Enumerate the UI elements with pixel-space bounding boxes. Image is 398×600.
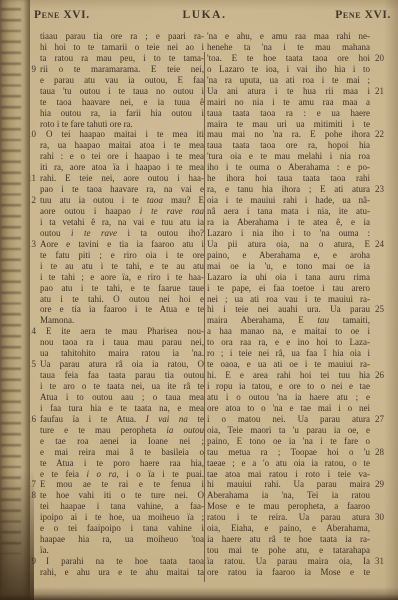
verse-number <box>370 534 396 545</box>
text-line: nei ; ua ati roa vau i te mauiui ra- <box>207 294 396 305</box>
verse-text: hi i teie nei auahi ura. Ua parau <box>207 304 370 315</box>
verse-text: te fatu piti ; e riro oia i te ore <box>40 250 204 261</box>
text-line: Mose e te mau peropheta, a faaroo <box>207 501 396 512</box>
text-line: iho i te ouma o Aberahama : e po- <box>207 162 396 173</box>
verse-number <box>370 140 396 151</box>
verse-number <box>370 545 396 556</box>
text-line: 'na ra uputa, ua ati roa i te mai ; <box>207 75 396 86</box>
text-line: Lazaro i nia iho i to 'na ouma : <box>207 228 396 239</box>
verse-text: o Lazaro te ioa, i vai iho hia i to <box>207 64 370 75</box>
text-line: e o tei faaipoipo i tana vahine i <box>20 523 204 534</box>
verse-text: mairi no nia i te amu raa maa a <box>207 97 370 108</box>
text-line: a haa manao na, e maitai to oe i <box>207 326 396 337</box>
running-head-right: Pene XVI. <box>335 9 391 21</box>
verse-number <box>370 337 396 348</box>
text-line: hi hoi to te tamarii o teie nei ao i <box>20 42 204 53</box>
text-line: e tae roa aenei ia Ioane nei ; <box>20 436 204 447</box>
running-head-left: Pene XVI. <box>34 9 90 21</box>
text-line: hi i teie nei auahi ura. Ua parau25 <box>207 304 396 315</box>
verse-text: te Atua i te poro haere raa hia, <box>40 458 204 469</box>
verse-text: nâ aera i tana mata i nia, ite atu- <box>207 206 370 217</box>
text-line: pao i te taoa haavare ra, na vai e <box>20 184 204 195</box>
verse-number <box>370 283 396 294</box>
verse-number <box>370 151 396 162</box>
verse-number <box>370 523 396 534</box>
verse-text: atu i te tahi. O outou nei hoi e <box>40 294 204 305</box>
verse-text: oia, Eiaha, e paino, e Aberahama, <box>207 523 370 534</box>
text-line: 11rahi. E teie nei, aore outou i haa- <box>20 173 204 184</box>
text-line: e parau atu vau ia outou, E faa <box>20 75 204 86</box>
verse-number: 24 <box>370 239 396 250</box>
text-line: i te pape, ei faa toetoe i tau arero <box>207 283 396 294</box>
verse-text: taeae ; e a 'o atu oia ia ratou, o te <box>207 458 370 469</box>
text-line: he ihora hoi taua taata taoa rahi <box>207 173 396 184</box>
text-line: e te feia i o ra, i o ïa i te puai. <box>20 469 204 480</box>
verse-number <box>370 348 396 359</box>
verse-text: ïa. <box>40 545 204 556</box>
verse-text: tei haapae i tana vahine, a faa- <box>40 501 204 512</box>
verse-number <box>370 173 396 184</box>
text-line: taua taata taoa ore ra, hopoi hia <box>207 140 396 151</box>
verse-number: 26 <box>370 370 396 381</box>
verse-text: te taoa haavare nei, e ia tuua ê <box>40 97 204 108</box>
text-line: iti ra, aore atoa ïa i haapao i te mea <box>20 162 204 173</box>
verse-number <box>370 403 396 414</box>
verse-number <box>370 458 396 469</box>
verse-text: O tei haapao maitai i te mea iti <box>40 129 204 140</box>
text-line: te taoa haavare nei, e ia tuua ê <box>20 97 204 108</box>
verse-number <box>370 315 396 326</box>
verse-text: e tae roa aenei ia Ioane nei ; <box>40 436 204 447</box>
text-line: i o matou nei. Ua parau atura27 <box>207 414 396 425</box>
text-line: 12tuu atu ia outou i te taoa mau? E <box>20 195 204 206</box>
text-line: ipoipo ai i te hoe, ua moiheuo ïa ; <box>20 512 204 523</box>
text-line: ia haere atu râ te hoe taata ia ra- <box>207 534 396 545</box>
verse-text: Mose e te mau peropheta, a faaroo <box>207 501 370 512</box>
verse-text: i te pape, ei faa toetoe i tau arero <box>207 283 370 294</box>
verse-text: ta ratou ra mau peu, i to te tama- <box>40 53 204 64</box>
text-line: henehe ta 'na i te mau mahana <box>207 42 396 53</box>
verse-text: e mai reira mai â te basileia o <box>40 447 204 458</box>
verse-text: ipoipo ai i te hoe, ua moiheuo ïa ; <box>40 512 204 523</box>
verse-text: henehe ta 'na i te mau mahana <box>207 42 370 53</box>
text-line: i ta vetahi ê ra, na vai e tuu atu ia <box>20 217 204 228</box>
text-line: oia, Eiaha, e paino, e Aberahama, <box>207 523 396 534</box>
verse-text: oia i te mauiui rahi i hade, ua nâ- <box>207 195 370 206</box>
verse-text: i ta vetahi ê ra, na vai e tuu atu ia <box>40 217 204 228</box>
text-line: roto i te fare tahuti ore ra. <box>20 119 204 130</box>
verse-number <box>370 436 396 447</box>
verse-text: taua 'tu outou i te taua no outou i <box>40 86 204 97</box>
verse-number <box>370 119 396 130</box>
verse-text: tau metua ra ; Toopae hoi o 'u <box>207 447 370 458</box>
verse-number <box>370 75 396 86</box>
verse-text: ra, e tanu hia ihora ; E ati atura <box>207 184 370 195</box>
verse-text: maira Aberahama, E tau tamaiti, <box>207 315 370 326</box>
text-line: i ropu ia tatou, e ore to o nei e tae <box>207 381 396 392</box>
verse-number <box>370 490 396 501</box>
text-line: mai oe ia 'u, e tono mai oe ia <box>207 261 396 272</box>
text-line: ore e tia ia faaroo i te Atua e te <box>20 304 204 315</box>
text-line: to ora raa ra, e e ino hoi to Laza- <box>207 337 396 348</box>
verse-text: ia haere atu râ te hoe taata ia ra- <box>207 534 370 545</box>
verse-text: oia, Teie maori ta 'u parau ia oe, e <box>207 425 370 436</box>
text-line: taua taata taoa ra : e ua haere <box>207 108 396 119</box>
verse-number: 21 <box>370 86 396 97</box>
verse-text: faufau ïa i te Atua. I vai na te <box>40 414 204 425</box>
verse-text: ra ia Aberahama i te atea ê, e ia <box>207 217 370 228</box>
text-line: i te au atu i te tahi, e te au atu <box>20 261 204 272</box>
verse-text: rahi, e ahu ura e te ahu maitai ta <box>40 567 204 578</box>
verse-number: 30 <box>370 512 396 523</box>
verse-number <box>370 326 396 337</box>
verse-text: hi mauiui rahi. Ua parau maira <box>207 479 370 490</box>
text-line: Atua i to outou aau ; o taua mea <box>20 392 204 403</box>
verse-text: ratou i te reira. Ua parau atura <box>207 512 370 523</box>
verse-text: e o tei faaipoipo i tana vahine i <box>40 523 204 534</box>
verse-number: 29 <box>370 479 396 490</box>
verse-text: rahi. E teie nei, aore outou i haa- <box>40 173 204 184</box>
text-line: te oaoa, e ua ati oe i te mauiui ra- <box>207 359 396 370</box>
verse-text: Lazaro i nia iho i to 'na ouma : <box>207 228 370 239</box>
text-line: rahi : e o tei ore i haapao i te mea <box>20 151 204 162</box>
verse-text: a haa manao na, e maitai to oe i <box>207 326 370 337</box>
verse-text: hi hoi to te tamarii o teie nei ao i <box>40 42 204 53</box>
verse-number <box>370 567 396 578</box>
verse-text: te hoe vahi iti o te ture nei. O <box>40 490 204 501</box>
text-line: rahi, e ahu ura e te ahu maitai ta <box>20 567 204 578</box>
text-line: atu i o outou 'na ia haere atu ; e <box>207 392 396 403</box>
verse-text: aore outou i haapao i te rave raa <box>40 206 204 217</box>
text-line: atu i te tahi. O outou nei hoi e <box>20 294 204 305</box>
verse-number <box>370 217 396 228</box>
verse-text: Lazaro ia uhi oia i tana auru rima <box>207 272 370 283</box>
verse-text: iho i te ouma o Aberahama : e po- <box>207 162 370 173</box>
verse-text: atu i o outou 'na ia haere atu ; e <box>207 392 370 403</box>
verse-text: Atua i to outou aau ; o taua mea <box>40 392 204 403</box>
text-line: 'tura oia e te mau melahi i nia roa <box>207 151 396 162</box>
text-line: 'toa. E te hoe taata taoa ore hoi20 <box>207 53 396 64</box>
verse-number <box>370 261 396 272</box>
text-line: paino, E tono oe ia 'na i te fare o <box>207 436 396 447</box>
verse-number <box>370 162 396 173</box>
text-line: te Atua i te poro haere raa hia, <box>20 458 204 469</box>
verse-number: 23 <box>370 184 396 195</box>
text-line: 10O tei haapao maitai i te mea iti <box>20 129 204 140</box>
text-line: ratou i te reira. Ua parau atura30 <box>207 512 396 523</box>
verse-text: Aberahama ia 'na, Tei ia ratou <box>207 490 370 501</box>
verse-number: 20 <box>370 53 396 64</box>
verse-number: 22 <box>370 129 396 140</box>
text-line: tiaau parau tia ore ra ; e paari ra- <box>20 31 204 42</box>
verse-text: hia outou ra, ia farii hia outou i <box>40 108 204 119</box>
verse-text: 'na ra uputa, ua ati roa i te mai ; <box>207 75 370 86</box>
verse-text: E mou ae te rai e te fenua i <box>40 479 204 490</box>
verse-text: tuu atu ia outou i te taoa mau? E <box>40 195 204 206</box>
text-line: te fatu piti ; e riro oia i te ore <box>20 250 204 261</box>
verse-text: i o matou nei. Ua parau atura <box>207 414 370 425</box>
verse-number <box>370 228 396 239</box>
verse-number <box>370 501 396 512</box>
text-line: tei haapae i tana vahine, a faa- <box>20 501 204 512</box>
text-line: ore ratou ia faaroo ia Mose e te <box>207 567 396 578</box>
verse-text: ro ; i teie nei râ, ua faa î hia oia i <box>207 348 370 359</box>
text-line: ra ia Aberahama i te atea ê, e ia <box>207 217 396 228</box>
text-line: nou taoa ra i taua mau parau nei, <box>20 337 204 348</box>
text-line: 'na e ahu, e amu raa maa rahi ne- <box>207 31 396 42</box>
verse-number <box>370 64 396 75</box>
verse-text: pao i te taoa haavare ra, na vai e <box>40 184 204 195</box>
text-line: ïa. <box>20 545 204 556</box>
verse-text: to ora raa ra, e e ino hoi to Laza- <box>207 337 370 348</box>
text-line: i te tahi ; e aore ïa, e riro i te haa- <box>20 272 204 283</box>
verse-number <box>370 97 396 108</box>
verse-number <box>370 31 396 42</box>
running-head: Pene XVI. LUKA. Pene XVI. <box>34 9 391 24</box>
verse-text: tae atoa mai ratou i roto i teie va- <box>207 469 370 480</box>
verse-number <box>370 392 396 403</box>
text-line: haapae hia ra, ua moiheuo 'toa <box>20 534 204 545</box>
verse-text: he ihora hoi taua taata taoa rahi <box>207 173 370 184</box>
verse-text: ïa ratou. Ua parau maira oia, Ia <box>207 556 370 567</box>
verse-number <box>370 108 396 119</box>
verse-text: 'na e ahu, e amu raa maa rahi ne- <box>207 31 370 42</box>
verse-text: tou mai te pohe atu, e tatarahapa <box>207 545 370 556</box>
verse-number <box>370 359 396 370</box>
text-line: 9rii o te maramarama. E teie nei, <box>20 64 204 75</box>
verse-text: e parau atu vau ia outou, E faa <box>40 75 204 86</box>
verse-number <box>370 195 396 206</box>
verse-number <box>370 294 396 305</box>
verse-text: outou i te rave i ta outou iho? <box>40 228 204 239</box>
text-line: nâ aera i tana mata i nia, ite atu- <box>207 206 396 217</box>
verse-text: Ua ani atura i te hua rii maa i <box>207 86 370 97</box>
verse-text: roto i te fare tahuti ore ra. <box>40 119 204 130</box>
verse-text: haapae hia ra, ua moiheuo 'toa <box>40 534 204 545</box>
verse-text: Aore e tavini e tia ia faaroo atu i <box>40 239 204 250</box>
verse-text: E ite aera te mau Pharisea nou- <box>40 326 204 337</box>
right-text-column: 'na e ahu, e amu raa maa rahi ne-henehe … <box>207 31 396 578</box>
text-line: 14E ite aera te mau Pharisea nou- <box>20 326 204 337</box>
text-line: Mamona. <box>20 315 204 326</box>
book-page: Pene XVI. LUKA. Pene XVI. tiaau parau ti… <box>0 0 398 600</box>
verse-text: maira te mau uri ua mitimiti i te <box>207 119 370 130</box>
verse-text: iti ra, aore atoa ïa i haapao i te mea <box>40 162 204 173</box>
verse-text: taua taata taoa ra : e ua haere <box>207 108 370 119</box>
verse-text: taua taata taoa ore ra, hopoi hia <box>207 140 370 151</box>
verse-text: i te tahi ; e aore ïa, e riro i te haa- <box>40 272 204 283</box>
verse-number: 27 <box>370 414 396 425</box>
text-line: tou mai te pohe atu, e tatarahapa <box>207 545 396 556</box>
verse-text: Ua parau atura râ oia ia ratou, O <box>40 359 204 370</box>
verse-text: mai oe ia 'u, e tono mai oe ia <box>207 261 370 272</box>
text-line: i te aro o te taata nei, ua ite râ te <box>20 381 204 392</box>
verse-text: paino, E tono oe ia 'na i te fare o <box>207 436 370 447</box>
column-divider-rule <box>204 52 205 582</box>
verse-number <box>370 206 396 217</box>
verse-number: 28 <box>370 447 396 458</box>
text-line: o Lazaro te ioa, i vai iho hia i to <box>207 64 396 75</box>
verse-text: i te au atu i te tahi, e te au atu <box>40 261 204 272</box>
text-line: ua tahitohito maira ratou ia 'na. <box>20 348 204 359</box>
verse-number <box>370 250 396 261</box>
text-line: 18te hoe vahi iti o te ture nei. O <box>20 490 204 501</box>
text-line: ture e te mau peropheta ia outou <box>20 425 204 436</box>
verse-text: ore e tia ia faaroo i te Atua e te <box>40 304 204 315</box>
text-line: 19I parahi na te hoe taata taoa <box>20 556 204 567</box>
verse-text: ua tahitohito maira ratou ia 'na. <box>40 348 204 359</box>
verse-text: nei ; ua ati roa vau i te mauiui ra- <box>207 294 370 305</box>
verse-text: 'tura oia e te mau melahi i nia roa <box>207 151 370 162</box>
text-line: aore outou i haapao i te rave raa <box>20 206 204 217</box>
verse-number: 25 <box>370 304 396 315</box>
text-line: taeae ; e a 'o atu oia ia ratou, o te <box>207 458 396 469</box>
verse-text: hi. E e area rahi hoi tei tuu hia <box>207 370 370 381</box>
text-line: Ua pii atura oia, na o atura, E24 <box>207 239 396 250</box>
text-line: i faa tura hia e te taata na, e mea <box>20 403 204 414</box>
verse-text: Mamona. <box>40 315 204 326</box>
text-line: oia, Teie maori ta 'u parau ia oe, e <box>207 425 396 436</box>
text-line: ra, e tanu hia ihora ; E ati atura23 <box>207 184 396 195</box>
text-line: hia outou ra, ia farii hia outou i <box>20 108 204 119</box>
verse-text: te oaoa, e ua ati oe i te mauiui ra- <box>207 359 370 370</box>
text-line: Ua ani atura i te hua rii maa i21 <box>207 86 396 97</box>
verse-text: ra, ua haapao maitai atoa i te mea <box>40 140 204 151</box>
verse-text: e te feia i o ra, i o ïa i te puai. <box>40 469 204 480</box>
text-line: ra, ua haapao maitai atoa i te mea <box>20 140 204 151</box>
text-line: mau mai no 'na ra. E pohe ihora22 <box>207 129 396 140</box>
verse-text: ture e te mau peropheta ia outou <box>40 425 204 436</box>
verse-number <box>370 469 396 480</box>
verse-text: Ua pii atura oia, na o atura, E <box>207 239 370 250</box>
text-line: taua 'tu outou i te taua no outou i <box>20 86 204 97</box>
text-line: maira te mau uri ua mitimiti i te <box>207 119 396 130</box>
text-line: 16faufau ïa i te Atua. I vai na te <box>20 414 204 425</box>
verse-text: ore ratou ia faaroo ia Mose e te <box>207 567 370 578</box>
verse-text: i faa tura hia e te taata na, e mea <box>40 403 204 414</box>
text-line: tae atoa mai ratou i roto i teie va- <box>207 469 396 480</box>
text-line: ro ; i teie nei râ, ua faa î hia oia i <box>207 348 396 359</box>
text-line: taua feia faa taata parau tia outou <box>20 370 204 381</box>
text-line: hi mauiui rahi. Ua parau maira29 <box>207 479 396 490</box>
running-head-title: LUKA. <box>182 9 226 21</box>
adjacent-page-edge <box>0 0 30 600</box>
text-line: tau metua ra ; Toopae hoi o 'u28 <box>207 447 396 458</box>
verse-text: i te aro o te taata nei, ua ite râ te <box>40 381 204 392</box>
text-line: paino, e Aberahama e, e aroha <box>207 250 396 261</box>
text-line: ïa ratou. Ua parau maira oia, Ia31 <box>207 556 396 567</box>
text-line: Aberahama ia 'na, Tei ia ratou <box>207 490 396 501</box>
text-line: e mai reira mai â te basileia o <box>20 447 204 458</box>
text-line: pao atu i te tahi, e te faarue taue <box>20 283 204 294</box>
verse-text: nou taoa ra i taua mau parau nei, <box>40 337 204 348</box>
verse-number <box>370 272 396 283</box>
verse-text: mau mai no 'na ra. E pohe ihora <box>207 129 370 140</box>
verse-text: rahi : e o tei ore i haapao i te mea <box>40 151 204 162</box>
verse-text: rii o te maramarama. E teie nei, <box>40 64 204 75</box>
verse-number: 31 <box>370 556 396 567</box>
text-line: hi. E e area rahi hoi tei tuu hia26 <box>207 370 396 381</box>
text-line: mairi no nia i te amu raa maa a <box>207 97 396 108</box>
left-text-column: tiaau parau tia ore ra ; e paari ra-hi h… <box>20 31 204 578</box>
verse-text: 'toa. E te hoe taata taoa ore hoi <box>207 53 370 64</box>
verse-text: i ropu ia tatou, e ore to o nei e tae <box>207 381 370 392</box>
text-line: maira Aberahama, E tau tamaiti, <box>207 315 396 326</box>
verse-number <box>370 381 396 392</box>
verse-number <box>370 42 396 53</box>
book-photo: Pene XVI. LUKA. Pene XVI. tiaau parau ti… <box>0 0 398 600</box>
text-line: outou i te rave i ta outou iho? <box>20 228 204 239</box>
verse-number <box>370 425 396 436</box>
verse-text: taua feia faa taata parau tia outou <box>40 370 204 381</box>
text-line: ta ratou ra mau peu, i to te tama- <box>20 53 204 64</box>
verse-text: I parahi na te hoe taata taoa <box>40 556 204 567</box>
text-line: oia i te mauiui rahi i hade, ua nâ- <box>207 195 396 206</box>
verse-text: pao atu i te tahi, e te faarue taue <box>40 283 204 294</box>
verse-text: paino, e Aberahama e, e aroha <box>207 250 370 261</box>
verse-text: tiaau parau tia ore ra ; e paari ra- <box>40 31 204 42</box>
text-line: 17E mou ae te rai e te fenua i <box>20 479 204 490</box>
text-line: 13Aore e tavini e tia ia faaroo atu i <box>20 239 204 250</box>
text-line: Lazaro ia uhi oia i tana auru rima <box>207 272 396 283</box>
text-line: 15Ua parau atura râ oia ia ratou, O <box>20 359 204 370</box>
verse-text: ore atoa to o 'na e tae mai i o nei <box>207 403 370 414</box>
text-line: ore atoa to o 'na e tae mai i o nei <box>207 403 396 414</box>
